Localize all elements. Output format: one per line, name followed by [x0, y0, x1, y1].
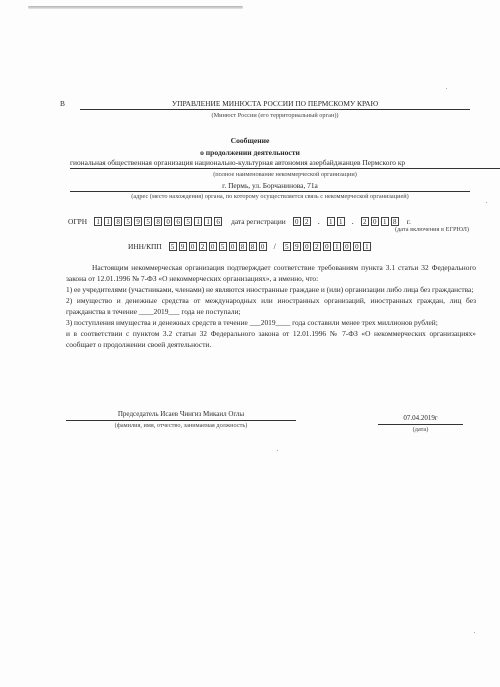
kpp-digit: 1: [333, 242, 341, 251]
signature-date: 07.04.2019г: [378, 413, 463, 425]
inn-digit: 0: [229, 242, 237, 251]
item-3-year: ___2019____: [250, 318, 291, 327]
ogrn-digit: 9: [134, 217, 142, 226]
statement-item-2: 2) имущество и денежные средства от межд…: [66, 295, 476, 317]
ogrn-digit: 1: [204, 217, 212, 226]
kpp-digit: 0: [303, 242, 311, 251]
addressee-authority: УПРАВЛЕНИЕ МИНЮСТА РОССИИ ПО ПЕРМСКОМУ К…: [80, 98, 470, 110]
ogrn-label: ОГРН: [68, 217, 87, 226]
ogrn-digit: 0: [164, 217, 172, 226]
ogrn-digit: 1: [94, 217, 102, 226]
organization-address: г. Пермь, ул. Борчанинова, 71а: [70, 180, 470, 192]
ogrn-row: ОГРН 1 1 8 5 9 5 8 0 6 5 1 1 6 дата реги…: [68, 212, 414, 230]
inn-digit: 9: [179, 242, 187, 251]
addressee-caption: (Минюст России (его территориальный орга…: [80, 112, 470, 119]
ogrn-cells: 1 1 8 5 9 5 8 0 6 5 1 1 6: [94, 217, 222, 226]
date-digit: 1: [327, 217, 335, 226]
date-digit: 2: [361, 217, 369, 226]
statement-item-3: 3) поступления имущества и денежных сред…: [66, 317, 476, 328]
inn-digit: 8: [249, 242, 257, 251]
kpp-digit: 0: [323, 242, 331, 251]
organization-name: гиональная общественная организация наци…: [70, 157, 500, 169]
registration-date-caption: (дата включения в ЕГРЮЛ): [395, 226, 469, 233]
scan-speck: [486, 202, 487, 203]
scan-speck: [446, 88, 447, 89]
inn-kpp-label: ИНН/КПП: [128, 242, 162, 251]
ogrn-digit: 6: [174, 217, 182, 226]
date-separator: .: [352, 217, 354, 226]
statement-intro: Настоящим некоммерческая организация под…: [66, 262, 476, 284]
scan-artifact: [28, 6, 243, 9]
scan-speck: [474, 632, 475, 633]
kpp-cells: 5 9 0 2 0 1 0 0 1: [283, 242, 371, 251]
item-2-text-end: года не поступали;: [180, 307, 241, 316]
inn-digit: 5: [169, 242, 177, 251]
statement-closing: и в соответствии с пунктом 3.2 статьи 32…: [66, 328, 476, 350]
inn-cells: 5 9 0 2 0 5 0 8 8 0: [169, 242, 267, 251]
signatory-caption: (фамилия, имя, отчество, занимаемая долж…: [66, 422, 296, 429]
inn-digit: 0: [189, 242, 197, 251]
registration-day-cells: 0 2: [293, 217, 311, 226]
statement-item-1: 1) ее учредителями (участниками, членами…: [66, 284, 476, 295]
ogrn-digit: 1: [194, 217, 202, 226]
document-title: Сообщение: [0, 136, 500, 145]
registration-date-label: дата регистрации: [231, 217, 286, 226]
inn-kpp-separator: /: [274, 242, 276, 251]
ogrn-digit: 8: [154, 217, 162, 226]
date-digit: 0: [371, 217, 379, 226]
ogrn-digit: 5: [184, 217, 192, 226]
ogrn-digit: 8: [114, 217, 122, 226]
kpp-digit: 9: [293, 242, 301, 251]
addressee-prefix: В: [60, 98, 65, 109]
ogrn-digit: 5: [124, 217, 132, 226]
ogrn-digit: 5: [144, 217, 152, 226]
date-digit: 1: [381, 217, 389, 226]
inn-kpp-row: ИНН/КПП 5 9 0 2 0 5 0 8 8 0 / 5 9 0 2 0 …: [128, 237, 371, 255]
statement-body: Настоящим некоммерческая организация под…: [66, 262, 476, 350]
item-3-text-end: года составили менее трех миллионов рубл…: [290, 318, 438, 327]
item-2-year: ____2019___: [139, 307, 180, 316]
scan-speck: [277, 450, 278, 451]
registration-year-cells: 2 0 1 8: [361, 217, 399, 226]
kpp-digit: 0: [353, 242, 361, 251]
inn-digit: 0: [259, 242, 267, 251]
registration-month-cells: 1 1: [327, 217, 345, 226]
date-digit: 2: [303, 217, 311, 226]
date-separator: .: [318, 217, 320, 226]
inn-digit: 5: [219, 242, 227, 251]
signatory-name: Председатель Исаев Чингиз Микаил Оглы: [66, 409, 296, 421]
inn-digit: 0: [209, 242, 217, 251]
inn-digit: 2: [199, 242, 207, 251]
organization-address-caption: (адрес (место нахождения) органа, по кот…: [70, 193, 470, 200]
document-subtitle: о продолжении деятельности: [0, 148, 500, 157]
signature-date-caption: (дата): [378, 426, 463, 433]
kpp-digit: 1: [363, 242, 371, 251]
inn-digit: 8: [239, 242, 247, 251]
kpp-digit: 5: [283, 242, 291, 251]
kpp-digit: 2: [313, 242, 321, 251]
ogrn-digit: 6: [214, 217, 222, 226]
organization-name-caption: (полное наименование некоммерческой орга…: [70, 171, 500, 178]
date-digit: 0: [293, 217, 301, 226]
item-3-text: 3) поступления имущества и денежных сред…: [66, 318, 250, 327]
kpp-digit: 0: [343, 242, 351, 251]
date-digit: 8: [391, 217, 399, 226]
ogrn-digit: 1: [104, 217, 112, 226]
item-2-text: 2) имущество и денежные средства от межд…: [66, 296, 476, 316]
date-suffix: г.: [407, 217, 411, 226]
date-digit: 1: [337, 217, 345, 226]
